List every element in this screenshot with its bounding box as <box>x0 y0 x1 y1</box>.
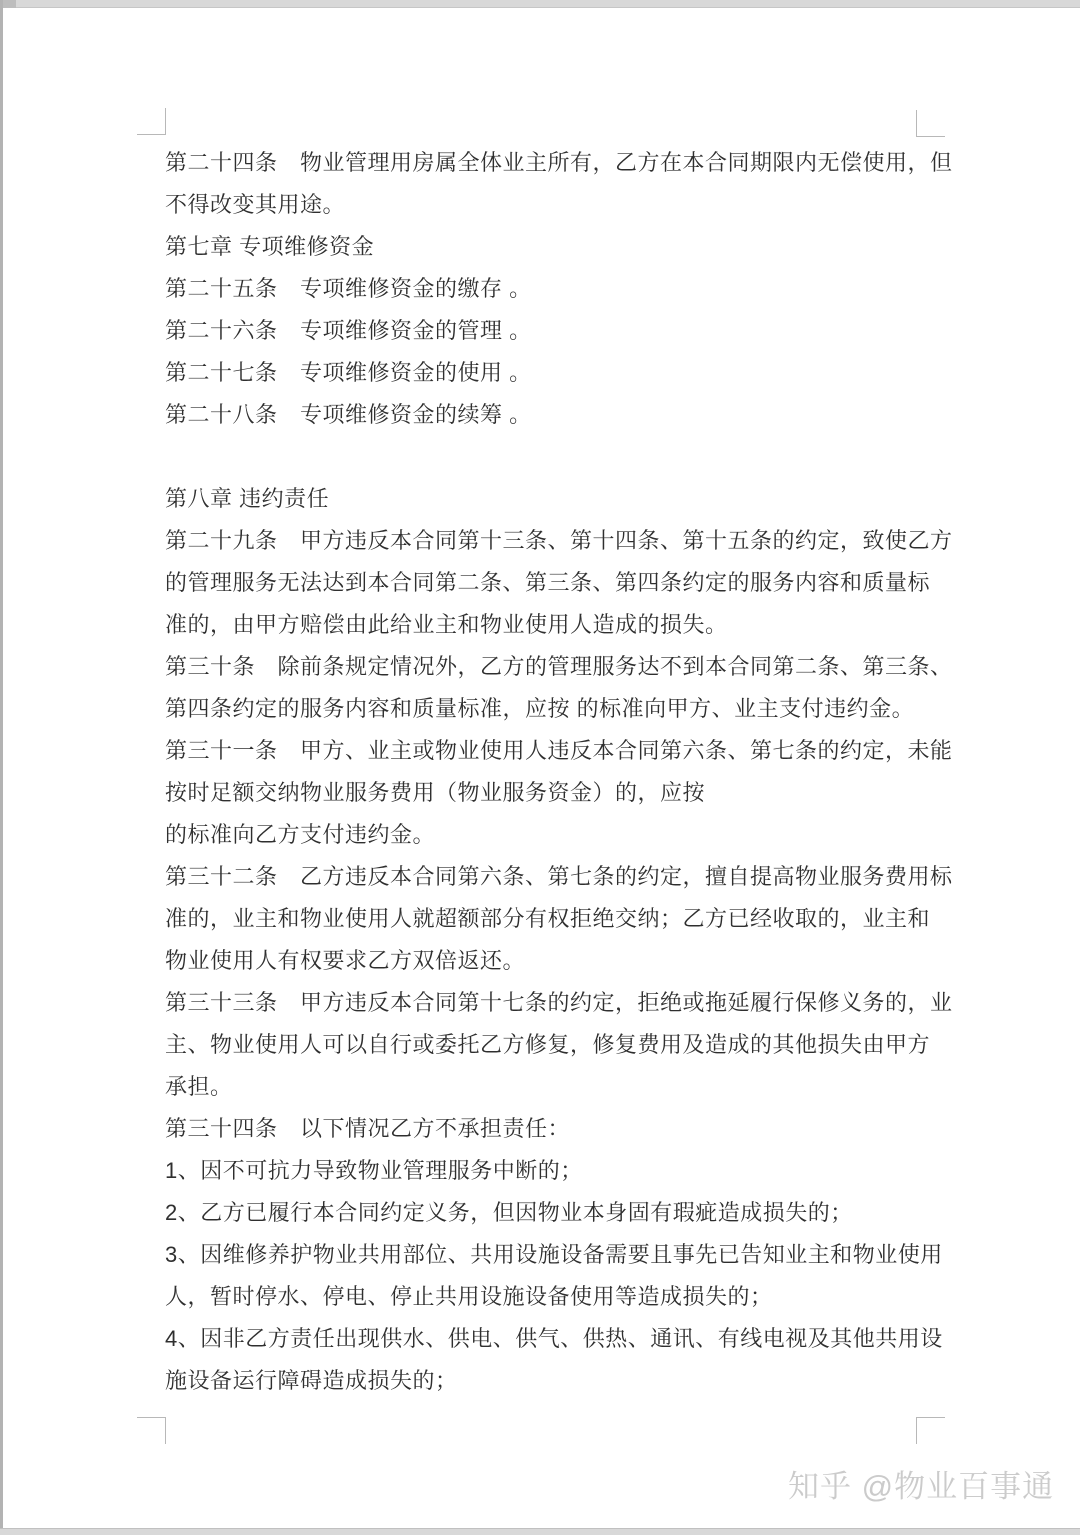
page-top-edge <box>0 0 1080 8</box>
list-item: 2、乙方已履行本合同约定义务，但因物业本身固有瑕疵造成损失的； <box>165 1192 1065 1234</box>
paragraph: 第二十九条 甲方违反本合同第十三条、第十四条、第十五条的约定，致使乙方 的管理服… <box>165 520 1065 646</box>
watermark: 知乎 @物业百事通 <box>788 1466 1054 1508</box>
paragraph: 第二十六条 专项维修资金的管理 。 <box>165 310 1065 352</box>
paragraph: 第二十七条 专项维修资金的使用 。 <box>165 352 1065 394</box>
paragraph: 第三十条 除前条规定情况外，乙方的管理服务达不到本合同第二条、第三条、 第四条约… <box>165 646 1065 730</box>
document-body: 第二十四条 物业管理用房属全体业主所有，乙方在本合同期限内无偿使用，但 不得改变… <box>165 142 1065 1402</box>
paragraph: 第三十三条 甲方违反本合同第十七条的约定，拒绝或拖延履行保修义务的，业 主、物业… <box>165 982 1065 1108</box>
paragraph: 第二十五条 专项维修资金的缴存 。 <box>165 268 1065 310</box>
chapter-heading: 第八章 违约责任 <box>165 478 1065 520</box>
paragraph: 第二十八条 专项维修资金的续筹 。 <box>165 394 1065 436</box>
paragraph: 第三十四条 以下情况乙方不承担责任： <box>165 1108 1065 1150</box>
page-bottom-edge <box>0 1528 1080 1535</box>
paragraph: 第三十一条 甲方、业主或物业使用人违反本合同第六条、第七条的约定，未能 按时足额… <box>165 730 1065 856</box>
chapter-heading: 第七章 专项维修资金 <box>165 226 1065 268</box>
list-item: 3、因维修养护物业共用部位、共用设施设备需要且事先已告知业主和物业使用 人，暂时… <box>165 1234 1065 1318</box>
page-left-edge <box>0 0 3 1535</box>
paragraph: 第三十二条 乙方违反本合同第六条、第七条的约定，擅自提高物业服务费用标 准的，业… <box>165 856 1065 982</box>
list-item: 4、因非乙方责任出现供水、供电、供气、供热、通讯、有线电视及其他共用设 施设备运… <box>165 1318 1065 1402</box>
blank-line <box>165 436 1065 478</box>
text-boundary-mark-bottom-right <box>916 1417 945 1444</box>
text-boundary-mark-bottom-left <box>137 1417 166 1444</box>
text-boundary-mark-top-left <box>137 108 166 135</box>
list-item: 1、因不可抗力导致物业管理服务中断的； <box>165 1150 1065 1192</box>
paragraph: 第二十四条 物业管理用房属全体业主所有，乙方在本合同期限内无偿使用，但 不得改变… <box>165 142 1065 226</box>
document-page: 第二十四条 物业管理用房属全体业主所有，乙方在本合同期限内无偿使用，但 不得改变… <box>0 0 1080 1535</box>
text-boundary-mark-top-right <box>916 110 945 137</box>
